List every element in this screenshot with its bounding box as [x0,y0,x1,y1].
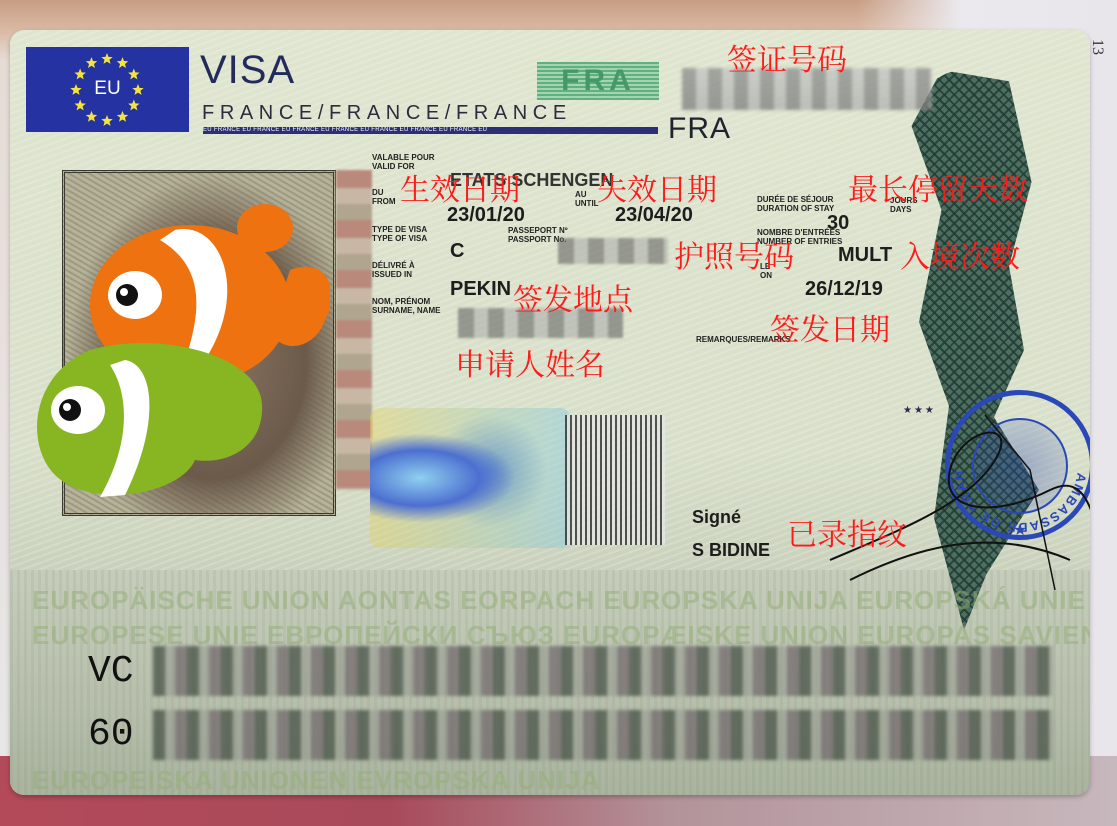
issued-in-label: DÉLIVRÉ À ISSUED IN [372,261,415,279]
passport-number-redacted [558,238,668,264]
annotation-max-stay: 最长停留天数 [848,165,1028,209]
signed-label: Signé [692,507,741,528]
type-label: TYPE DE VISA TYPE OF VISA [372,225,427,243]
green-fish-sticker [30,335,270,505]
annotation-entries: 入境次数 [900,232,1020,276]
fra-watermark: FRA [537,62,659,100]
mrz-line-2-prefix: 60 [88,713,134,756]
annotation-valid-until: 失效日期 [597,165,717,209]
annotation-fingerprints: 已录指纹 [787,510,907,554]
annotation-passport-number: 护照号码 [674,232,794,276]
from-label: DU FROM [372,188,396,206]
country-band: EU FRANCE EU FRANCE EU FRANCE EU FRANCE … [203,127,658,134]
page-number: 13 [1088,39,1106,55]
issued-in-value: PEKIN [450,278,511,301]
mrz-line-2-redacted [153,710,1053,760]
mrz-line-1-redacted [153,646,1053,696]
issue-date-value: 26/12/19 [805,278,883,301]
signer-name: S BIDINE [692,540,770,561]
annotation-issue-date: 签发日期 [770,305,890,349]
hologram [370,408,570,548]
duration-label: DURÉE DE SÉJOUR DURATION OF STAY [757,195,834,213]
visa-title: VISA [200,48,295,93]
annotation-issue-place: 签发地点 [513,275,633,319]
type-value: C [450,240,464,263]
eu-flag-text: EU [26,78,189,100]
country-line: FRANCE/FRANCE/FRANCE [202,102,572,125]
signature [810,410,1090,600]
annotation-valid-from: 生效日期 [400,165,520,209]
latent-image [565,415,665,545]
eu-flag: EU [26,47,189,132]
annotation-visa-number: 签证号码 [727,35,847,79]
background-text-3: EUROPEISKA UNIONEN EVROPSKA UNIJA [32,765,601,795]
ghost-image-redacted [336,170,372,490]
annotation-applicant-name: 申请人姓名 [455,340,605,384]
entries-value: MULT [838,244,892,267]
name-label: NOM, PRÉNOM SURNAME, NAME [372,297,440,315]
mrz-line-1-prefix: VC [88,650,134,693]
background-text-1: EUROPÄISCHE UNION AONTAS EORPACH EUROPSK… [32,585,1086,616]
country-code: FRA [668,112,731,146]
until-label: AU UNTIL [575,190,599,208]
